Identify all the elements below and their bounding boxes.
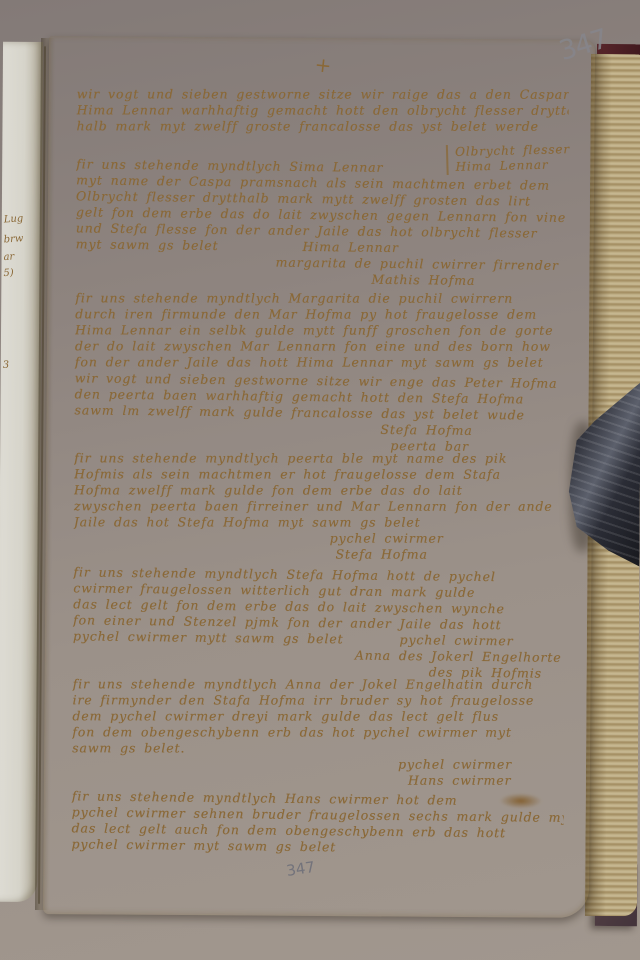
manuscript-text: + wir vogt und sieben gestworne sitze wi… [71,50,569,855]
text-block: fir uns stehende myndtlych Stefa Hofma h… [73,564,566,679]
manuscript-line: Hima Lennar warhhaftig gemacht hott den … [77,102,569,118]
manuscript-line-text: myt sawm gs belet [76,236,219,253]
text-block: fir uns stehende myndtlych Margarita die… [75,290,568,373]
manuscript-line: fon der ander Jaile das hott Hima Lennar… [75,354,567,370]
manuscript-recto-page: + wir vogt und sieben gestworne sitze wi… [43,36,595,918]
manuscript-line: fir uns stehende myndtlych Anna der Joke… [73,676,565,692]
manuscript-line: zwyschen peerta baen firreiner und Mar L… [74,498,566,514]
manuscript-line: fon dem obengeschybenn erb das hot pyche… [72,724,564,740]
book-photo: Lug brw ar 5) 3 + wir vogt und sieben ge… [0,0,640,960]
text-block: wir vogt und sieben gestworne sitze wir … [76,86,568,137]
manuscript-line-text: pychel cwirmer mytt sawm gs belet [73,628,344,646]
manuscript-line: halb mark myt zwelff groste francalosse … [76,118,568,134]
manuscript-line: durch iren firmunde den Mar Hofma py hot… [75,306,567,322]
manuscript-line: fir uns stehende myndtlych Margarita die… [75,290,567,306]
manuscript-line: ire firmynder den Stafa Hofma irr bruder… [72,692,564,708]
manuscript-line: Hima Lennar ein selbk gulde mytt funff g… [75,322,567,338]
verso-text-fragment: ar [3,251,14,263]
text-block: Olbrycht flesser Hima Lennar fir uns ste… [75,156,568,287]
text-block: fir uns stehende myndtlych peerta ble my… [73,450,566,565]
verso-text-fragment: 5) [3,268,14,280]
verso-text-fragment: 3 [2,360,9,371]
manuscript-line: sawm gs belet. [72,740,564,756]
manuscript-line: fir uns stehende myndtlych peerta ble my… [74,450,566,466]
signature-line: Stefa Hofma [73,546,565,562]
manuscript-line: Hofmis als sein machtmen er hot fraugelo… [74,466,566,482]
signature-line: pychel cwirmer [74,530,566,546]
manuscript-line: Hofma zwelff mark gulde fon dem erbe das… [74,482,566,498]
manuscript-line: wir vogt und sieben gestworne sitze wir … [77,86,569,102]
inline-signature: pychel cwirmer [399,632,513,648]
signature-line: Hans cwirmer [72,772,564,788]
text-block: fir uns stehende myndtlych Anna der Joke… [72,676,565,791]
manuscript-line: dem pychel cwirmer dreyi mark gulde das … [72,708,564,724]
text-block: wir vogt und sieben gestworne sitze wir … [74,370,567,453]
manuscript-line: der do lait zwyschen Mar Lennarn fon ein… [75,338,567,354]
manuscript-line: Jaile das hot Stefa Hofma myt sawm gs be… [74,514,566,530]
verso-text-fragment: brw [3,233,23,245]
inline-signature: Hima Lennar [302,239,398,255]
signature-line: pychel cwirmer [72,756,564,772]
text-block: fir uns stehende myndtlych Hans cwirmer … [71,788,563,855]
verso-text-fragment: Lug [3,213,23,225]
